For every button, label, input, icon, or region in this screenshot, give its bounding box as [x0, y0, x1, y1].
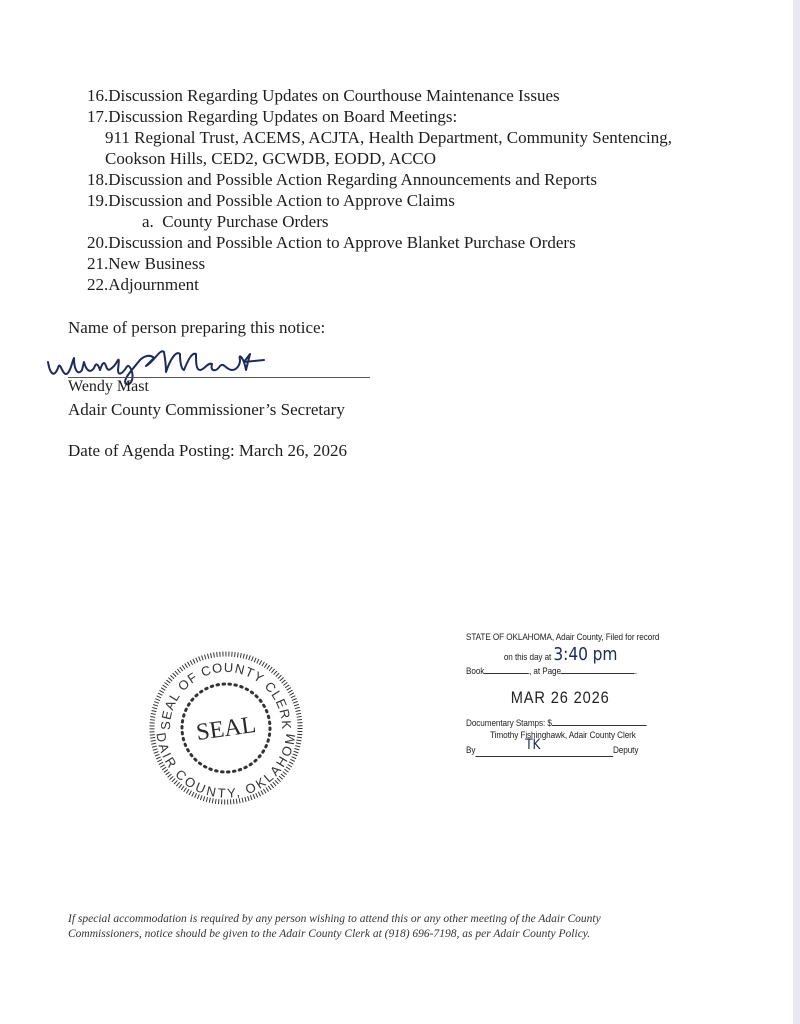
item-number: 16. [87, 86, 108, 105]
item-text: Discussion and Possible Action to Approv… [108, 191, 455, 210]
agenda-item-17: 17.Discussion Regarding Updates on Board… [87, 106, 672, 127]
svg-text:SEAL: SEAL [195, 712, 258, 746]
agenda-posting-date: Date of Agenda Posting: March 26, 2026 [68, 441, 347, 461]
handwritten-time: 3:40 pm [553, 644, 617, 665]
agenda-item-20: 20.Discussion and Possible Action to App… [87, 232, 672, 253]
item-letter: a. [142, 212, 154, 231]
item-text: Discussion Regarding Updates on Courthou… [108, 86, 559, 105]
item-text: County Purchase Orders [162, 212, 328, 231]
deputy-label: Deputy [613, 745, 638, 756]
notice-line-2: Commissioners, notice should be given to… [68, 927, 601, 942]
item-number: 19. [87, 191, 108, 210]
notice-line-1: If special accommodation is required by … [68, 912, 601, 927]
stamp-line-2: on this day at 3:40 pm [504, 644, 618, 665]
agenda-item-19a: a. County Purchase Orders [87, 211, 672, 232]
book-label: Book [466, 666, 484, 677]
stamp-doc-stamps: Documentary Stamps: $ [466, 718, 646, 729]
item-text: Adjournment [108, 275, 199, 294]
item-text: New Business [108, 254, 205, 273]
agenda-item-22: 22.Adjournment [87, 274, 672, 295]
agenda-list: 16.Discussion Regarding Updates on Court… [87, 85, 672, 295]
county-clerk-seal: SEAL OF COUNTY CLERK ADAIR COUNTY, OKLAH… [148, 650, 304, 806]
item-text: Discussion and Possible Action to Approv… [108, 233, 575, 252]
page-label: , at Page [529, 666, 561, 677]
agenda-item-17-boards-2: Cookson Hills, CED2, GCWDB, EODD, ACCO [87, 148, 672, 169]
item-number: 17. [87, 107, 108, 126]
stamp-clerk: Timothy Fishinghawk, Adair County Clerk [490, 730, 636, 741]
item-text: Discussion Regarding Updates on Board Me… [108, 107, 457, 126]
agenda-item-16: 16.Discussion Regarding Updates on Court… [87, 85, 672, 106]
agenda-item-17-boards-1: 911 Regional Trust, ACEMS, ACJTA, Health… [87, 127, 672, 148]
stamp-date: MAR 26 2026 [511, 688, 610, 708]
accommodation-notice: If special accommodation is required by … [68, 912, 601, 942]
stamp-by-line: ByTK Deputy [466, 745, 638, 757]
preparer-title: Adair County Commissioner’s Secretary [68, 400, 345, 420]
stamp-book-line: Book, at Page. [466, 666, 637, 677]
by-label: By [466, 745, 475, 756]
item-text: Discussion and Possible Action Regarding… [108, 170, 597, 189]
agenda-item-21: 21.New Business [87, 253, 672, 274]
agenda-item-18: 18.Discussion and Possible Action Regard… [87, 169, 672, 190]
item-number: 22. [87, 275, 108, 294]
handwritten-initials: TK [525, 737, 540, 753]
item-number: 21. [87, 254, 108, 273]
item-number: 20. [87, 233, 108, 252]
stamp-time-label: on this day at [504, 652, 551, 663]
preparer-label: Name of person preparing this notice: [68, 318, 325, 338]
stamp-line-1: STATE OF OKLAHOMA, Adair County, Filed f… [466, 632, 659, 643]
doc-stamps-label: Documentary Stamps: $ [466, 718, 552, 729]
agenda-item-19: 19.Discussion and Possible Action to App… [87, 190, 672, 211]
item-number: 18. [87, 170, 108, 189]
page-edge [793, 0, 800, 1024]
preparer-name: Wendy Mast [68, 378, 149, 396]
